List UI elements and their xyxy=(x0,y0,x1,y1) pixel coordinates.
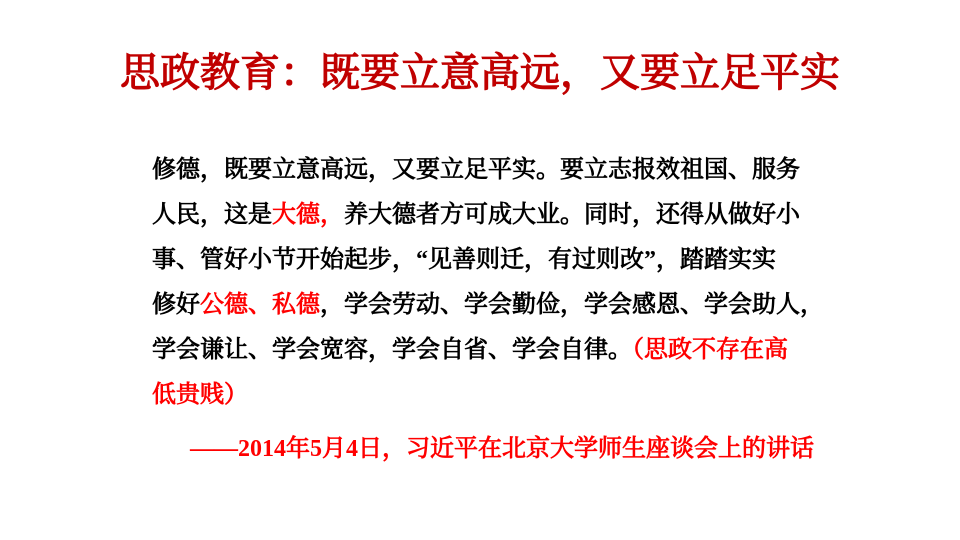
citation-line: ——2014年5月4日，习近平在北京大学师生座谈会上的讲话 xyxy=(190,432,814,466)
body-segment-highlight: 低贵贱） xyxy=(152,382,248,408)
body-segment: ，学会劳动、学会勤俭，学会感恩、学会助人， xyxy=(320,292,824,318)
body-segment-highlight: 大德， xyxy=(272,202,344,228)
body-segment: 学会谦让、学会宽容，学会自省、学会自律。 xyxy=(152,337,632,363)
body-line: 学会谦让、学会宽容，学会自省、学会自律。（思政不存在高 xyxy=(152,328,852,373)
body-line: 事、管好小节开始起步，“见善则迁，有过则改”，踏踏实实 xyxy=(152,238,852,283)
body-segment: 修好 xyxy=(152,292,200,318)
body-segment: 事、管好小节开始起步，“见善则迁，有过则改”，踏踏实实 xyxy=(152,247,776,273)
body-segment-highlight: （思政不存在高 xyxy=(632,337,788,363)
body-segment: 修德，既要立意高远，又要立足平实。要立志报效祖国、服务 xyxy=(152,157,800,183)
body-segment-highlight: 公德、私德 xyxy=(200,292,320,318)
body-line: 修德，既要立意高远，又要立足平实。要立志报效祖国、服务 xyxy=(152,148,852,193)
body-segment: 人民，这是 xyxy=(152,202,272,228)
body-line: 人民，这是大德，养大德者方可成大业。同时，还得从做好小 xyxy=(152,193,852,238)
slide-title: 思政教育：既要立意高远，又要立足平实 xyxy=(0,49,960,97)
body-line: 修好公德、私德，学会劳动、学会勤俭，学会感恩、学会助人， xyxy=(152,283,852,328)
body-text: 修德，既要立意高远，又要立足平实。要立志报效祖国、服务人民，这是大德，养大德者方… xyxy=(152,148,852,418)
presentation-slide: 思政教育：既要立意高远，又要立足平实 修德，既要立意高远，又要立足平实。要立志报… xyxy=(0,0,960,540)
body-line: 低贵贱） xyxy=(152,373,852,418)
body-segment: 养大德者方可成大业。同时，还得从做好小 xyxy=(344,202,800,228)
